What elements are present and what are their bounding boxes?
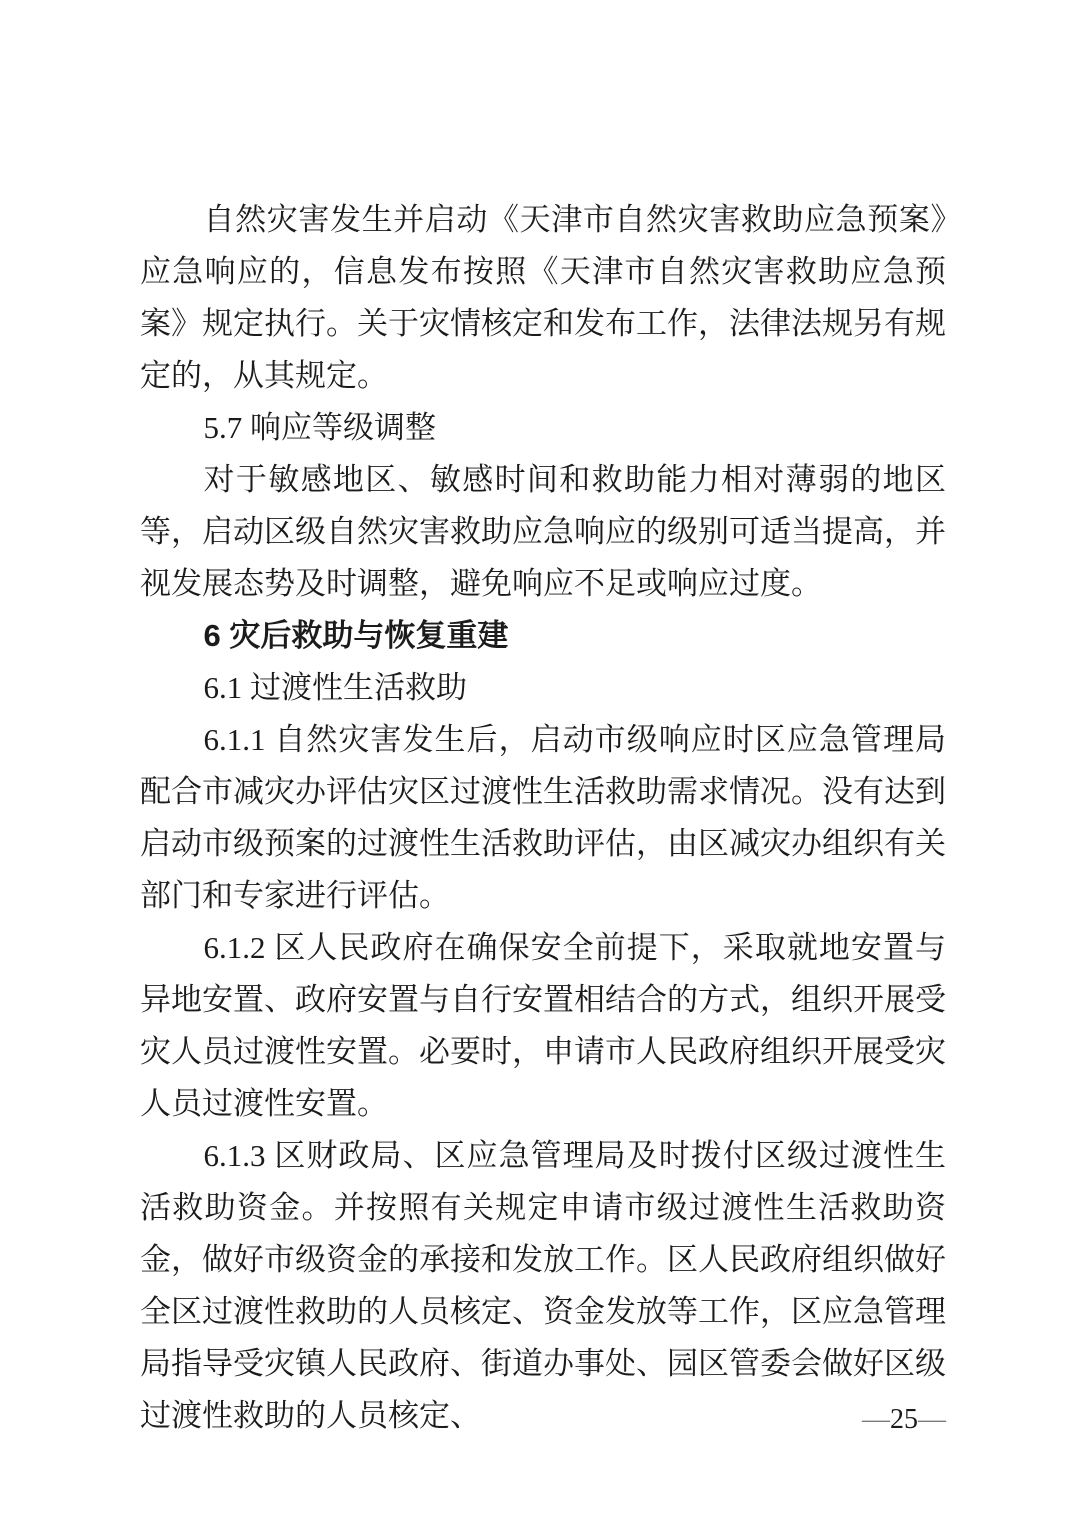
paragraph-6-1-2: 6.1.2 区人民政府在确保安全前提下，采取就地安置与异地安置、政府安置与自行安… [140,922,946,1130]
page-number-dash-right: — [918,1404,946,1435]
document-body: 自然灾害发生并启动《天津市自然灾害救助应急预案》应急响应的，信息发布按照《天津市… [140,194,946,1442]
paragraph-response-level: 对于敏感地区、敏感时间和救助能力相对薄弱的地区等，启动区级自然灾害救助应急响应的… [140,454,946,610]
page-number-value: 25 [890,1404,918,1435]
document-page: 自然灾害发生并启动《天津市自然灾害救助应急预案》应急响应的，信息发布按照《天津市… [0,0,1074,1520]
heading-5-7: 5.7 响应等级调整 [140,402,946,454]
heading-6-1: 6.1 过渡性生活救助 [140,662,946,714]
heading-6: 6 灾后救助与恢复重建 [140,610,946,662]
paragraph-6-1-1: 6.1.1 自然灾害发生后，启动市级响应时区应急管理局配合市减灾办评估灾区过渡性… [140,714,946,922]
page-number: —25— [862,1402,946,1438]
paragraph-info-release: 自然灾害发生并启动《天津市自然灾害救助应急预案》应急响应的，信息发布按照《天津市… [140,194,946,402]
paragraph-6-1-3: 6.1.3 区财政局、区应急管理局及时拨付区级过渡性生活救助资金。并按照有关规定… [140,1130,946,1442]
page-number-dash-left: — [862,1404,890,1435]
